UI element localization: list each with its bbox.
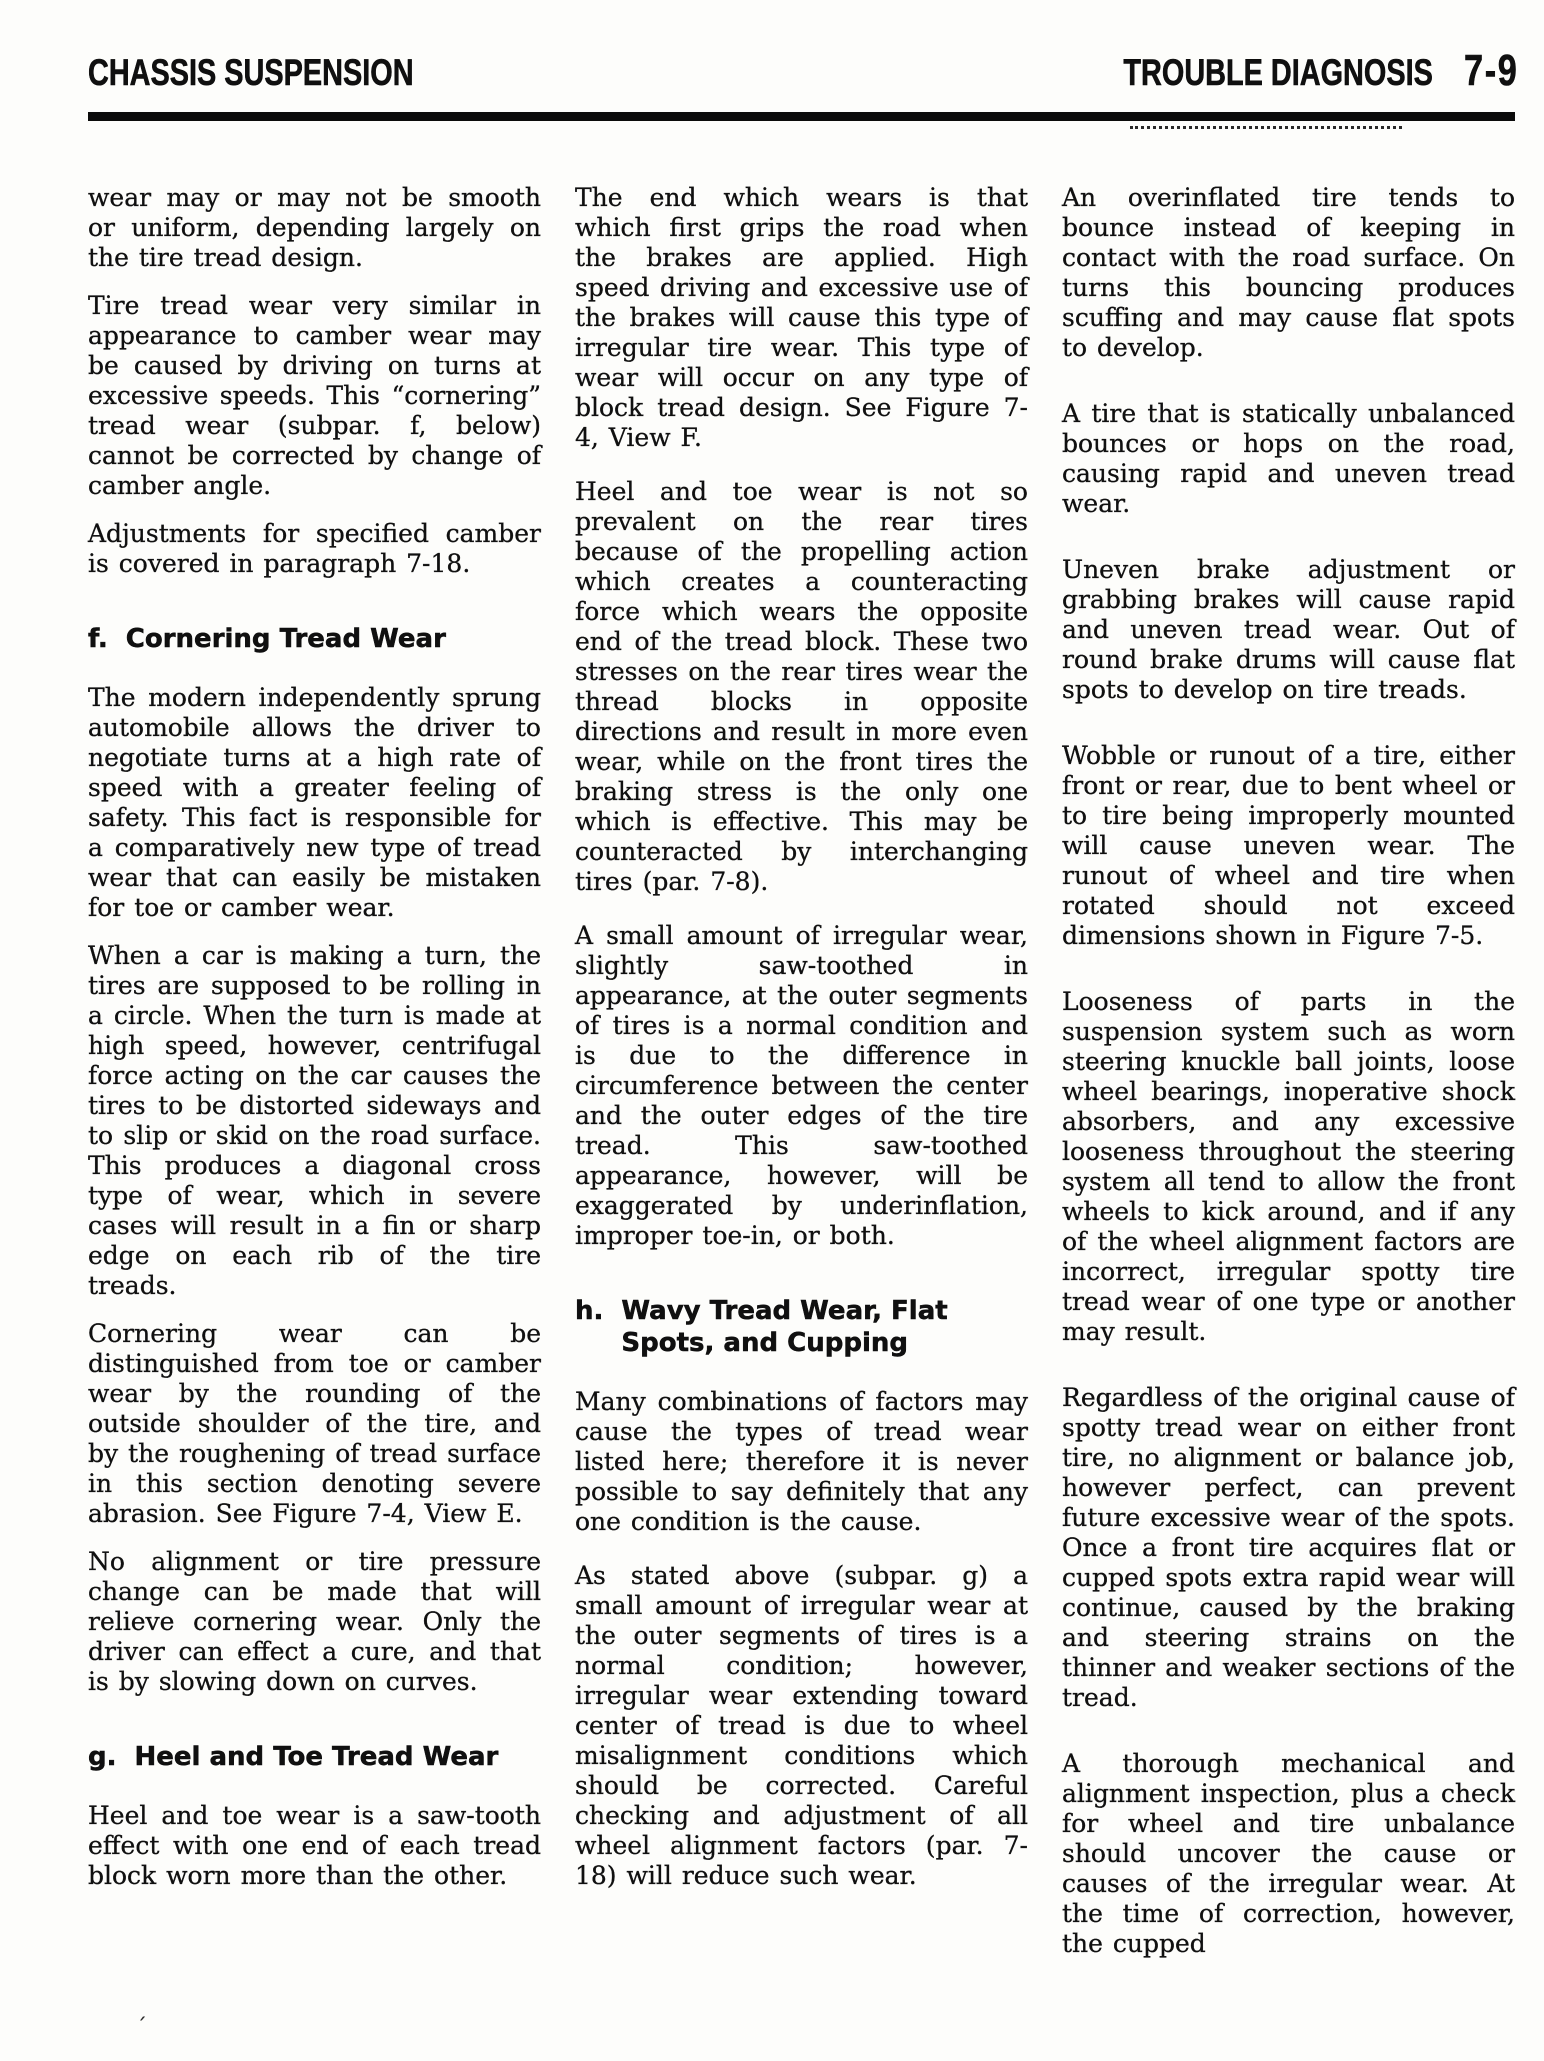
chapter-title: CHASSIS SUSPENSION — [88, 52, 414, 94]
section-title: TROUBLE DIAGNOSIS — [1123, 52, 1432, 94]
section-heading: g.Heel and Toe Tread Wear — [88, 1741, 541, 1773]
paragraph: A thorough mechanical and alignment insp… — [1062, 1749, 1515, 1959]
section-heading: f.Cornering Tread Wear — [88, 623, 541, 655]
manual-page: CHASSIS SUSPENSION TROUBLE DIAGNOSIS 7-9… — [0, 0, 1544, 2061]
paragraph: As stated above (subpar. g) a small amou… — [575, 1561, 1028, 1891]
paragraph: Adjustments for specified camber is cove… — [88, 519, 541, 579]
paragraph: A small amount of irregular wear, slight… — [575, 921, 1028, 1251]
paragraph: The modern independently sprung automobi… — [88, 683, 541, 923]
heading-letter: f. — [88, 623, 108, 655]
paragraph: Tire tread wear very similar in appearan… — [88, 291, 541, 501]
heading-title: Cornering Tread Wear — [126, 623, 446, 655]
paragraph: No alignment or tire pressure change can… — [88, 1547, 541, 1697]
page-body: wear may or may not be smooth or uniform… — [88, 183, 1515, 1995]
section-heading: h.Wavy Tread Wear, Flat Spots, and Cuppi… — [575, 1295, 1028, 1359]
paragraph: Uneven brake adjustment or grabbing brak… — [1062, 555, 1515, 705]
header-rule-underscore — [1130, 126, 1402, 129]
paragraph: Cornering wear can be distinguished from… — [88, 1319, 541, 1529]
paragraph: An overinflated tire tends to bounce ins… — [1062, 183, 1515, 363]
scan-artifact: ˏ — [136, 1996, 147, 2021]
paragraph: Regardless of the original cause of spot… — [1062, 1383, 1515, 1713]
paragraph: Heel and toe wear is a saw-tooth effect … — [88, 1801, 541, 1891]
column-2: The end which wears is that which first … — [575, 183, 1028, 1995]
header-rule — [88, 112, 1515, 121]
running-head-right: TROUBLE DIAGNOSIS 7-9 — [1123, 46, 1518, 96]
column-1: wear may or may not be smooth or uniform… — [88, 183, 541, 1995]
heading-title: Wavy Tread Wear, Flat Spots, and Cupping — [621, 1295, 947, 1359]
paragraph: Wobble or runout of a tire, either front… — [1062, 741, 1515, 951]
paragraph: The end which wears is that which first … — [575, 183, 1028, 453]
heading-letter: g. — [88, 1741, 117, 1773]
heading-letter: h. — [575, 1295, 603, 1359]
paragraph: Looseness of parts in the suspension sys… — [1062, 987, 1515, 1347]
paragraph: Heel and toe wear is not so prevalent on… — [575, 477, 1028, 897]
paragraph: wear may or may not be smooth or uniform… — [88, 183, 541, 273]
heading-title: Heel and Toe Tread Wear — [135, 1741, 499, 1773]
column-3: An overinflated tire tends to bounce ins… — [1062, 183, 1515, 1995]
paragraph: Many combinations of factors may cause t… — [575, 1387, 1028, 1537]
running-head: CHASSIS SUSPENSION TROUBLE DIAGNOSIS 7-9 — [88, 46, 1518, 96]
page-number: 7-9 — [1464, 46, 1518, 96]
paragraph: When a car is making a turn, the tires a… — [88, 941, 541, 1301]
paragraph: A tire that is statically unbalanced bou… — [1062, 399, 1515, 519]
